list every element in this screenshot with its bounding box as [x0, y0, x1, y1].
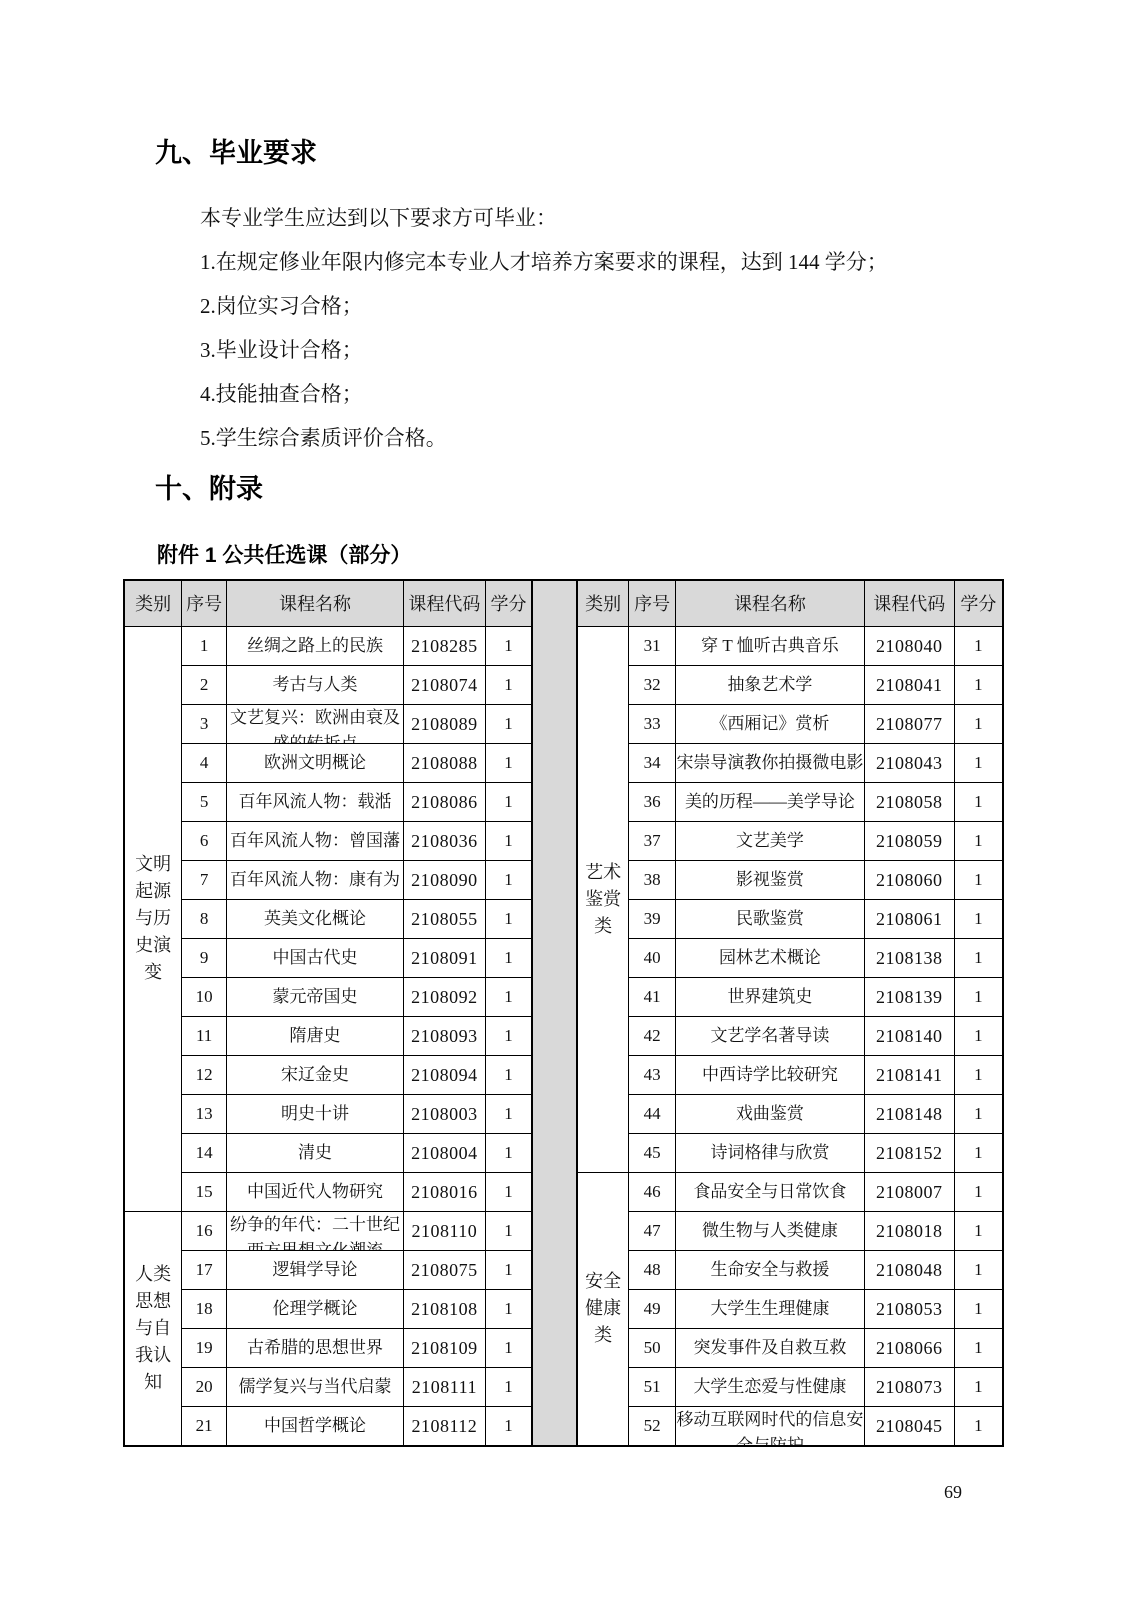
table-row: 14清史21080041 — [124, 1133, 532, 1172]
table-row: 34宋崇导演教你拍摄微电影21080431 — [577, 743, 1003, 782]
course-name-cell: 英美文化概论 — [227, 899, 404, 938]
row-number-cell: 33 — [629, 704, 676, 743]
table-row: 19古希腊的思想世界21081091 — [124, 1328, 532, 1367]
category-cell: 人类思想与自我认知 — [124, 1211, 182, 1446]
course-name-cell: 文艺学名著导读 — [676, 1016, 865, 1055]
course-name-cell: 突发事件及自救互救 — [676, 1328, 865, 1367]
credit-cell: 1 — [485, 704, 532, 743]
course-name-cell: 儒学复兴与当代启蒙 — [227, 1367, 404, 1406]
course-name-cell: 宋辽金史 — [227, 1055, 404, 1094]
course-code-cell: 2108043 — [864, 743, 954, 782]
credit-cell: 1 — [485, 665, 532, 704]
credit-cell: 1 — [485, 977, 532, 1016]
row-number-cell: 5 — [182, 782, 227, 821]
course-code-cell: 2108048 — [864, 1250, 954, 1289]
row-number-cell: 21 — [182, 1406, 227, 1446]
course-name-cell: 清史 — [227, 1133, 404, 1172]
course-code-cell: 2108148 — [864, 1094, 954, 1133]
course-name-cell: 中西诗学比较研究 — [676, 1055, 865, 1094]
column-header: 课程名称 — [227, 580, 404, 626]
course-code-cell: 2108018 — [864, 1211, 954, 1250]
requirement-item: 3.毕业设计合格； — [200, 335, 1131, 365]
course-code-cell: 2108075 — [403, 1250, 485, 1289]
page-number: 69 — [944, 1482, 962, 1503]
category-cell: 安全健康类 — [577, 1172, 629, 1446]
course-code-cell: 2108016 — [403, 1172, 485, 1211]
column-header: 学分 — [954, 580, 1003, 626]
course-code-cell: 2108007 — [864, 1172, 954, 1211]
table-row: 2考古与人类21080741 — [124, 665, 532, 704]
course-name-cell: 民歌鉴赏 — [676, 899, 865, 938]
course-name-cell: 欧洲文明概论 — [227, 743, 404, 782]
row-number-cell: 9 — [182, 938, 227, 977]
course-code-cell: 2108040 — [864, 626, 954, 665]
course-code-cell: 2108074 — [403, 665, 485, 704]
course-code-cell: 2108141 — [864, 1055, 954, 1094]
table-row: 50突发事件及自救互救21080661 — [577, 1328, 1003, 1367]
credit-cell: 1 — [485, 1289, 532, 1328]
row-number-cell: 20 — [182, 1367, 227, 1406]
credit-cell: 1 — [954, 1406, 1003, 1446]
credit-cell: 1 — [954, 743, 1003, 782]
course-code-cell: 2108077 — [864, 704, 954, 743]
course-name-cell: 宋崇导演教你拍摄微电影 — [676, 743, 865, 782]
credit-cell: 1 — [485, 860, 532, 899]
credit-cell: 1 — [485, 1016, 532, 1055]
table-row: 安全健康类46食品安全与日常饮食21080071 — [577, 1172, 1003, 1211]
course-name-cell: 《西厢记》赏析 — [676, 704, 865, 743]
course-code-cell: 2108109 — [403, 1328, 485, 1367]
credit-cell: 1 — [954, 1367, 1003, 1406]
course-code-cell: 2108285 — [403, 626, 485, 665]
table-row: 艺术鉴赏类31穿 T 恤听古典音乐21080401 — [577, 626, 1003, 665]
row-number-cell: 15 — [182, 1172, 227, 1211]
table-row: 47微生物与人类健康21080181 — [577, 1211, 1003, 1250]
credit-cell: 1 — [954, 1094, 1003, 1133]
table-row: 人类思想与自我认知16纷争的年代：二十世纪西方思想文化潮流21081101 — [124, 1211, 532, 1250]
row-number-cell: 31 — [629, 626, 676, 665]
credit-cell: 1 — [485, 1367, 532, 1406]
course-code-cell: 2108060 — [864, 860, 954, 899]
row-number-cell: 47 — [629, 1211, 676, 1250]
table-row: 36美的历程——美学导论21080581 — [577, 782, 1003, 821]
row-number-cell: 42 — [629, 1016, 676, 1055]
credit-cell: 1 — [954, 977, 1003, 1016]
table-row: 9中国古代史21080911 — [124, 938, 532, 977]
table-row: 20儒学复兴与当代启蒙21081111 — [124, 1367, 532, 1406]
course-code-cell: 2108092 — [403, 977, 485, 1016]
credit-cell: 1 — [485, 1211, 532, 1250]
course-table-left: 类别序号课程名称课程代码学分文明起源与历史演变1丝绸之路上的民族21082851… — [123, 579, 533, 1447]
course-name-cell: 逻辑学导论 — [227, 1250, 404, 1289]
course-code-cell: 2108059 — [864, 821, 954, 860]
row-number-cell: 6 — [182, 821, 227, 860]
course-name-cell: 园林艺术概论 — [676, 938, 865, 977]
table-row: 48生命安全与救援21080481 — [577, 1250, 1003, 1289]
credit-cell: 1 — [485, 1406, 532, 1446]
credit-cell: 1 — [485, 1172, 532, 1211]
column-header: 序号 — [182, 580, 227, 626]
course-name-cell: 中国哲学概论 — [227, 1406, 404, 1446]
course-name-cell: 美的历程——美学导论 — [676, 782, 865, 821]
row-number-cell: 46 — [629, 1172, 676, 1211]
credit-cell: 1 — [954, 665, 1003, 704]
course-name-cell: 伦理学概论 — [227, 1289, 404, 1328]
section-ten-heading: 十、附录 — [155, 453, 1131, 506]
table-row: 45诗词格律与欣赏21081521 — [577, 1133, 1003, 1172]
credit-cell: 1 — [485, 938, 532, 977]
course-name-cell: 丝绸之路上的民族 — [227, 626, 404, 665]
credit-cell: 1 — [954, 1055, 1003, 1094]
course-name-cell: 移动互联网时代的信息安全与防护 — [676, 1406, 865, 1446]
course-code-cell: 2108093 — [403, 1016, 485, 1055]
column-header: 课程代码 — [403, 580, 485, 626]
row-number-cell: 39 — [629, 899, 676, 938]
table-row: 11隋唐史21080931 — [124, 1016, 532, 1055]
table-row: 32抽象艺术学21080411 — [577, 665, 1003, 704]
table-row: 33《西厢记》赏析21080771 — [577, 704, 1003, 743]
table-row: 15中国近代人物研究21080161 — [124, 1172, 532, 1211]
course-code-cell: 2108139 — [864, 977, 954, 1016]
course-name-cell: 古希腊的思想世界 — [227, 1328, 404, 1367]
row-number-cell: 48 — [629, 1250, 676, 1289]
course-name-cell: 大学生恋爱与性健康 — [676, 1367, 865, 1406]
column-header: 序号 — [629, 580, 676, 626]
row-number-cell: 50 — [629, 1328, 676, 1367]
course-name-cell: 戏曲鉴赏 — [676, 1094, 865, 1133]
credit-cell: 1 — [485, 821, 532, 860]
credit-cell: 1 — [485, 1328, 532, 1367]
credit-cell: 1 — [485, 1055, 532, 1094]
course-name-cell: 纷争的年代：二十世纪西方思想文化潮流 — [227, 1211, 404, 1250]
credit-cell: 1 — [954, 626, 1003, 665]
credit-cell: 1 — [954, 1328, 1003, 1367]
row-number-cell: 10 — [182, 977, 227, 1016]
column-header: 学分 — [485, 580, 532, 626]
row-number-cell: 16 — [182, 1211, 227, 1250]
requirement-item: 5.学生综合素质评价合格。 — [200, 423, 1131, 453]
course-code-cell: 2108089 — [403, 704, 485, 743]
course-code-cell: 2108152 — [864, 1133, 954, 1172]
course-name-cell: 蒙元帝国史 — [227, 977, 404, 1016]
row-number-cell: 14 — [182, 1133, 227, 1172]
course-table-right: 类别序号课程名称课程代码学分艺术鉴赏类31穿 T 恤听古典音乐210804013… — [576, 579, 1004, 1447]
row-number-cell: 4 — [182, 743, 227, 782]
credit-cell: 1 — [485, 743, 532, 782]
table-row: 43中西诗学比较研究21081411 — [577, 1055, 1003, 1094]
credit-cell: 1 — [954, 1250, 1003, 1289]
course-code-cell: 2108094 — [403, 1055, 485, 1094]
course-code-cell: 2108004 — [403, 1133, 485, 1172]
course-name-cell: 隋唐史 — [227, 1016, 404, 1055]
row-number-cell: 52 — [629, 1406, 676, 1446]
row-number-cell: 45 — [629, 1133, 676, 1172]
credit-cell: 1 — [954, 1211, 1003, 1250]
row-number-cell: 12 — [182, 1055, 227, 1094]
table-row: 49大学生生理健康21080531 — [577, 1289, 1003, 1328]
row-number-cell: 40 — [629, 938, 676, 977]
course-name-cell: 微生物与人类健康 — [676, 1211, 865, 1250]
row-number-cell: 13 — [182, 1094, 227, 1133]
course-code-cell: 2108058 — [864, 782, 954, 821]
course-name-cell: 抽象艺术学 — [676, 665, 865, 704]
row-number-cell: 44 — [629, 1094, 676, 1133]
credit-cell: 1 — [954, 1133, 1003, 1172]
table-header-row: 类别序号课程名称课程代码学分 — [124, 580, 532, 626]
graduation-intro: 本专业学生应达到以下要求方可毕业： — [200, 203, 1131, 233]
course-code-cell: 2108073 — [864, 1367, 954, 1406]
table-row: 21中国哲学概论21081121 — [124, 1406, 532, 1446]
table-row: 40园林艺术概论21081381 — [577, 938, 1003, 977]
table-row: 13明史十讲21080031 — [124, 1094, 532, 1133]
course-code-cell: 2108108 — [403, 1289, 485, 1328]
table-header-row: 类别序号课程名称课程代码学分 — [577, 580, 1003, 626]
table-row: 51大学生恋爱与性健康21080731 — [577, 1367, 1003, 1406]
table-row: 6百年风流人物：曾国藩21080361 — [124, 821, 532, 860]
document-page: 九、毕业要求 本专业学生应达到以下要求方可毕业： 1.在规定修业年限内修完本专业… — [0, 0, 1131, 1600]
course-name-cell: 穿 T 恤听古典音乐 — [676, 626, 865, 665]
row-number-cell: 7 — [182, 860, 227, 899]
row-number-cell: 41 — [629, 977, 676, 1016]
credit-cell: 1 — [954, 704, 1003, 743]
row-number-cell: 17 — [182, 1250, 227, 1289]
course-code-cell: 2108003 — [403, 1094, 485, 1133]
course-name-cell: 文艺复兴：欧洲由衰及盛的转折点 — [227, 704, 404, 743]
course-code-cell: 2108045 — [864, 1406, 954, 1446]
table-row: 18伦理学概论21081081 — [124, 1289, 532, 1328]
credit-cell: 1 — [954, 782, 1003, 821]
course-code-cell: 2108061 — [864, 899, 954, 938]
course-name-cell: 百年风流人物：载湉 — [227, 782, 404, 821]
row-number-cell: 8 — [182, 899, 227, 938]
column-header: 课程代码 — [864, 580, 954, 626]
row-number-cell: 32 — [629, 665, 676, 704]
section-nine-heading: 九、毕业要求 — [155, 0, 1131, 170]
course-code-cell: 2108112 — [403, 1406, 485, 1446]
requirement-item: 2.岗位实习合格； — [200, 291, 1131, 321]
course-code-cell: 2108053 — [864, 1289, 954, 1328]
credit-cell: 1 — [954, 1172, 1003, 1211]
table-row: 7百年风流人物：康有为21080901 — [124, 860, 532, 899]
course-name-cell: 考古与人类 — [227, 665, 404, 704]
credit-cell: 1 — [485, 899, 532, 938]
row-number-cell: 19 — [182, 1328, 227, 1367]
course-name-cell: 诗词格律与欣赏 — [676, 1133, 865, 1172]
course-code-cell: 2108066 — [864, 1328, 954, 1367]
table-row: 42文艺学名著导读21081401 — [577, 1016, 1003, 1055]
course-name-cell: 大学生生理健康 — [676, 1289, 865, 1328]
row-number-cell: 34 — [629, 743, 676, 782]
category-cell: 文明起源与历史演变 — [124, 626, 182, 1211]
row-number-cell: 51 — [629, 1367, 676, 1406]
row-number-cell: 1 — [182, 626, 227, 665]
row-number-cell: 38 — [629, 860, 676, 899]
credit-cell: 1 — [954, 1016, 1003, 1055]
row-number-cell: 49 — [629, 1289, 676, 1328]
requirements-list: 1.在规定修业年限内修完本专业人才培养方案要求的课程，达到 144 学分；2.岗… — [0, 247, 1131, 453]
credit-cell: 1 — [954, 1289, 1003, 1328]
table-row: 文明起源与历史演变1丝绸之路上的民族21082851 — [124, 626, 532, 665]
course-code-cell: 2108111 — [403, 1367, 485, 1406]
course-code-cell: 2108041 — [864, 665, 954, 704]
course-code-cell: 2108091 — [403, 938, 485, 977]
table-row: 17逻辑学导论21080751 — [124, 1250, 532, 1289]
course-code-cell: 2108088 — [403, 743, 485, 782]
credit-cell: 1 — [954, 899, 1003, 938]
table-spacer — [533, 579, 576, 1447]
course-code-cell: 2108110 — [403, 1211, 485, 1250]
table-row: 5百年风流人物：载湉21080861 — [124, 782, 532, 821]
table-row: 3文艺复兴：欧洲由衰及盛的转折点21080891 — [124, 704, 532, 743]
table-row: 41世界建筑史21081391 — [577, 977, 1003, 1016]
course-code-cell: 2108055 — [403, 899, 485, 938]
table-row: 4欧洲文明概论21080881 — [124, 743, 532, 782]
course-name-cell: 百年风流人物：康有为 — [227, 860, 404, 899]
credit-cell: 1 — [485, 1133, 532, 1172]
table-row: 10蒙元帝国史21080921 — [124, 977, 532, 1016]
category-cell: 艺术鉴赏类 — [577, 626, 629, 1172]
course-code-cell: 2108086 — [403, 782, 485, 821]
row-number-cell: 18 — [182, 1289, 227, 1328]
row-number-cell: 3 — [182, 704, 227, 743]
course-code-cell: 2108036 — [403, 821, 485, 860]
column-header: 类别 — [577, 580, 629, 626]
attachment-title: 附件 1 公共任选课（部分） — [157, 541, 1131, 571]
course-name-cell: 明史十讲 — [227, 1094, 404, 1133]
table-row: 39民歌鉴赏21080611 — [577, 899, 1003, 938]
course-name-cell: 百年风流人物：曾国藩 — [227, 821, 404, 860]
course-name-cell: 世界建筑史 — [676, 977, 865, 1016]
requirement-item: 1.在规定修业年限内修完本专业人才培养方案要求的课程，达到 144 学分； — [200, 247, 1131, 277]
row-number-cell: 2 — [182, 665, 227, 704]
row-number-cell: 11 — [182, 1016, 227, 1055]
table-row: 12宋辽金史21080941 — [124, 1055, 532, 1094]
credit-cell: 1 — [485, 626, 532, 665]
credit-cell: 1 — [954, 821, 1003, 860]
table-row: 38影视鉴赏21080601 — [577, 860, 1003, 899]
credit-cell: 1 — [485, 782, 532, 821]
course-name-cell: 生命安全与救援 — [676, 1250, 865, 1289]
course-code-cell: 2108140 — [864, 1016, 954, 1055]
course-name-cell: 中国近代人物研究 — [227, 1172, 404, 1211]
table-row: 8英美文化概论21080551 — [124, 899, 532, 938]
row-number-cell: 36 — [629, 782, 676, 821]
column-header: 类别 — [124, 580, 182, 626]
table-row: 44戏曲鉴赏21081481 — [577, 1094, 1003, 1133]
table-row: 37文艺美学21080591 — [577, 821, 1003, 860]
requirement-item: 4.技能抽查合格； — [200, 379, 1131, 409]
credit-cell: 1 — [485, 1250, 532, 1289]
credit-cell: 1 — [954, 860, 1003, 899]
course-code-cell: 2108138 — [864, 938, 954, 977]
credit-cell: 1 — [954, 938, 1003, 977]
column-header: 课程名称 — [676, 580, 865, 626]
row-number-cell: 43 — [629, 1055, 676, 1094]
course-name-cell: 影视鉴赏 — [676, 860, 865, 899]
course-name-cell: 中国古代史 — [227, 938, 404, 977]
course-name-cell: 文艺美学 — [676, 821, 865, 860]
credit-cell: 1 — [485, 1094, 532, 1133]
course-tables: 类别序号课程名称课程代码学分文明起源与历史演变1丝绸之路上的民族21082851… — [123, 579, 1004, 1447]
row-number-cell: 37 — [629, 821, 676, 860]
course-code-cell: 2108090 — [403, 860, 485, 899]
table-row: 52移动互联网时代的信息安全与防护21080451 — [577, 1406, 1003, 1446]
course-name-cell: 食品安全与日常饮食 — [676, 1172, 865, 1211]
